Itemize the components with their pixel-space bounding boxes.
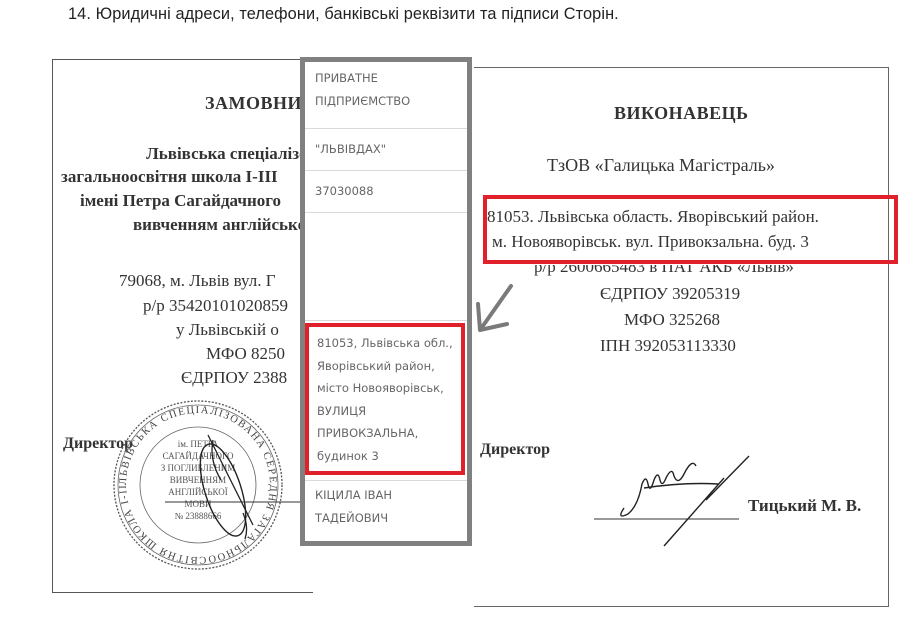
arrow-pointer-icon [470, 280, 520, 340]
registry-director-line-1: КІЦИЛА ІВАН [315, 484, 457, 507]
registry-address-highlight: 81053, Львівська обл., Яворівський район… [305, 323, 465, 475]
registry-entity-name: "ЛЬВІВДАХ" [315, 129, 457, 161]
customer-panel: ЗАМОВНИК Львівська спеціалізована загаль… [52, 59, 313, 593]
registry-row-empty [305, 213, 467, 321]
contractor-signature-scribble [474, 68, 888, 606]
registry-entity-code: 37030088 [315, 171, 457, 203]
customer-signature-line [53, 60, 313, 592]
registry-address-line-2: Яворівський район, [317, 355, 453, 378]
contractor-address-highlight [483, 195, 898, 264]
registry-address-line-1: 81053, Львівська обл., [317, 332, 453, 355]
registry-entity-type-line-1: ПРИВАТНЕ [315, 67, 457, 90]
registry-director-line-2: ТАДЕЙОВИЧ [315, 507, 457, 530]
section-heading-text: 14. Юридичні адреси, телефони, банківськ… [68, 4, 619, 24]
registry-row-entity-name: "ЛЬВІВДАХ" [305, 129, 467, 171]
registry-info-card: ПРИВАТНЕ ПІДПРИЄМСТВО "ЛЬВІВДАХ" 3703008… [300, 57, 472, 546]
registry-address-line-3: місто Новояворівськ, [317, 377, 453, 400]
registry-address-line-5: ПРИВОКЗАЛЬНА, [317, 422, 453, 445]
registry-address-line-4: ВУЛИЦЯ [317, 400, 453, 423]
registry-row-entity-type: ПРИВАТНЕ ПІДПРИЄМСТВО [305, 62, 467, 129]
registry-entity-type-line-2: ПІДПРИЄМСТВО [315, 90, 457, 113]
registry-row-director: КІЦИЛА ІВАН ТАДЕЙОВИЧ [305, 480, 467, 536]
registry-row-entity-code: 37030088 [305, 171, 467, 213]
registry-address-line-6: будинок 3 [317, 445, 453, 468]
contractor-panel: ВИКОНАВЕЦЬ ТзОВ «Галицька Магістраль» 81… [474, 67, 889, 607]
